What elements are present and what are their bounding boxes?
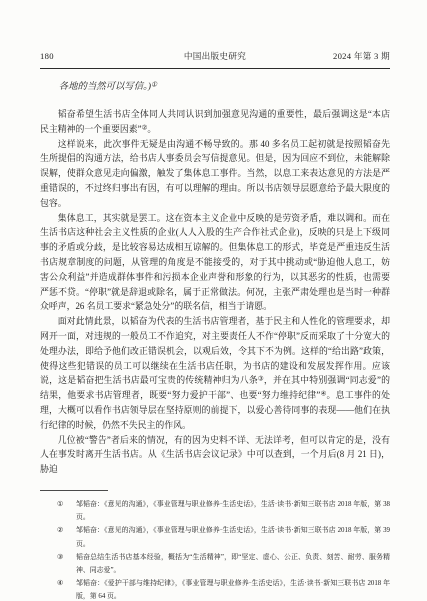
journal-title: 中国出版史研究	[184, 50, 246, 62]
quote-line: 各地的当然可以写信。)①	[40, 80, 390, 94]
paragraph: 这样说来，此次事件无疑是由沟通不畅导致的。那 40 多名员工起初就是按照韬奋先生…	[40, 137, 390, 211]
paragraph: 面对此情此景，以韬奋为代表的生活书店管理者，基于民主和人性化的管理要求，却网开一…	[40, 314, 390, 432]
footnote-text: 邹韬奋：《意见的沟通》，《事业管理与职业修养·生活史话》，生活·读书·新知三联书…	[76, 498, 390, 524]
journal-page: 180 中国出版史研究 2024 年第 3 期 各地的当然可以写信。)① 韬奋希…	[0, 0, 427, 601]
footnote-ref: ①	[151, 82, 157, 89]
footnote-separator	[40, 490, 108, 491]
footnote-ref: ③	[258, 376, 264, 383]
footnote-marker: ③	[57, 551, 76, 577]
running-header: 180 中国出版史研究 2024 年第 3 期	[40, 50, 390, 69]
page-content: 180 中国出版史研究 2024 年第 3 期 各地的当然可以写信。)① 韬奋希…	[40, 50, 390, 601]
paragraph: 集体息工，其实就是罢工。这在资本主义企业中反映的是劳资矛盾，难以调和。而在生活书…	[40, 211, 390, 315]
footnotes: ①邹韬奋：《意见的沟通》，《事业管理与职业修养·生活史话》，生活·读书·新知三联…	[40, 490, 390, 601]
footnote-marker: ②	[57, 524, 76, 550]
body-paragraphs: 韬奋希望生活书店全体同人共同认识到加强意见沟通的重要性，最后强调这是“本店民主精…	[40, 107, 390, 477]
paragraph: 韬奋希望生活书店全体同人共同认识到加强意见沟通的重要性，最后强调这是“本店民主精…	[40, 107, 390, 137]
footnote-marker: ①	[57, 498, 76, 524]
footnote-text: 邹韬奋：《爱护干部与维持纪律》，《事业管理与职业修养·生活史话》，生活·读书·新…	[76, 577, 390, 601]
footnote-item: ③韬奋总结生活书店基本经验，概括为“生活精神”，即“坚定、虚心、公正、负责、刻苦…	[57, 551, 390, 577]
footnote-list: ①邹韬奋：《意见的沟通》，《事业管理与职业修养·生活史话》，生活·读书·新知三联…	[40, 498, 390, 601]
footnote-marker: ④	[57, 577, 76, 601]
footnote-item: ④邹韬奋：《爱护干部与维持纪律》，《事业管理与职业修养·生活史话》，生活·读书·…	[57, 577, 390, 601]
footnote-ref: ④	[320, 391, 326, 398]
paragraph: 几位被“警告”者后来的情况，有的因为史料不详、无法详考，但可以肯定的是，没有人在…	[40, 433, 390, 477]
issue-label: 2024 年第 3 期	[246, 50, 390, 62]
footnote-item: ②邹韬奋：《意见的沟通》，《事业管理与职业修养·生活史话》，生活·读书·新知三联…	[57, 524, 390, 550]
footnote-text: 邹韬奋：《意见的沟通》，《事业管理与职业修养·生活史话》，生活·读书·新知三联书…	[76, 524, 390, 550]
page-number: 180	[40, 51, 184, 61]
footnote-text: 韬奋总结生活书店基本经验，概括为“生活精神”，即“坚定、虚心、公正、负责、刻苦、…	[76, 551, 390, 577]
footnote-ref: ②	[142, 124, 148, 131]
footnote-item: ①邹韬奋：《意见的沟通》，《事业管理与职业修养·生活史话》，生活·读书·新知三联…	[57, 498, 390, 524]
